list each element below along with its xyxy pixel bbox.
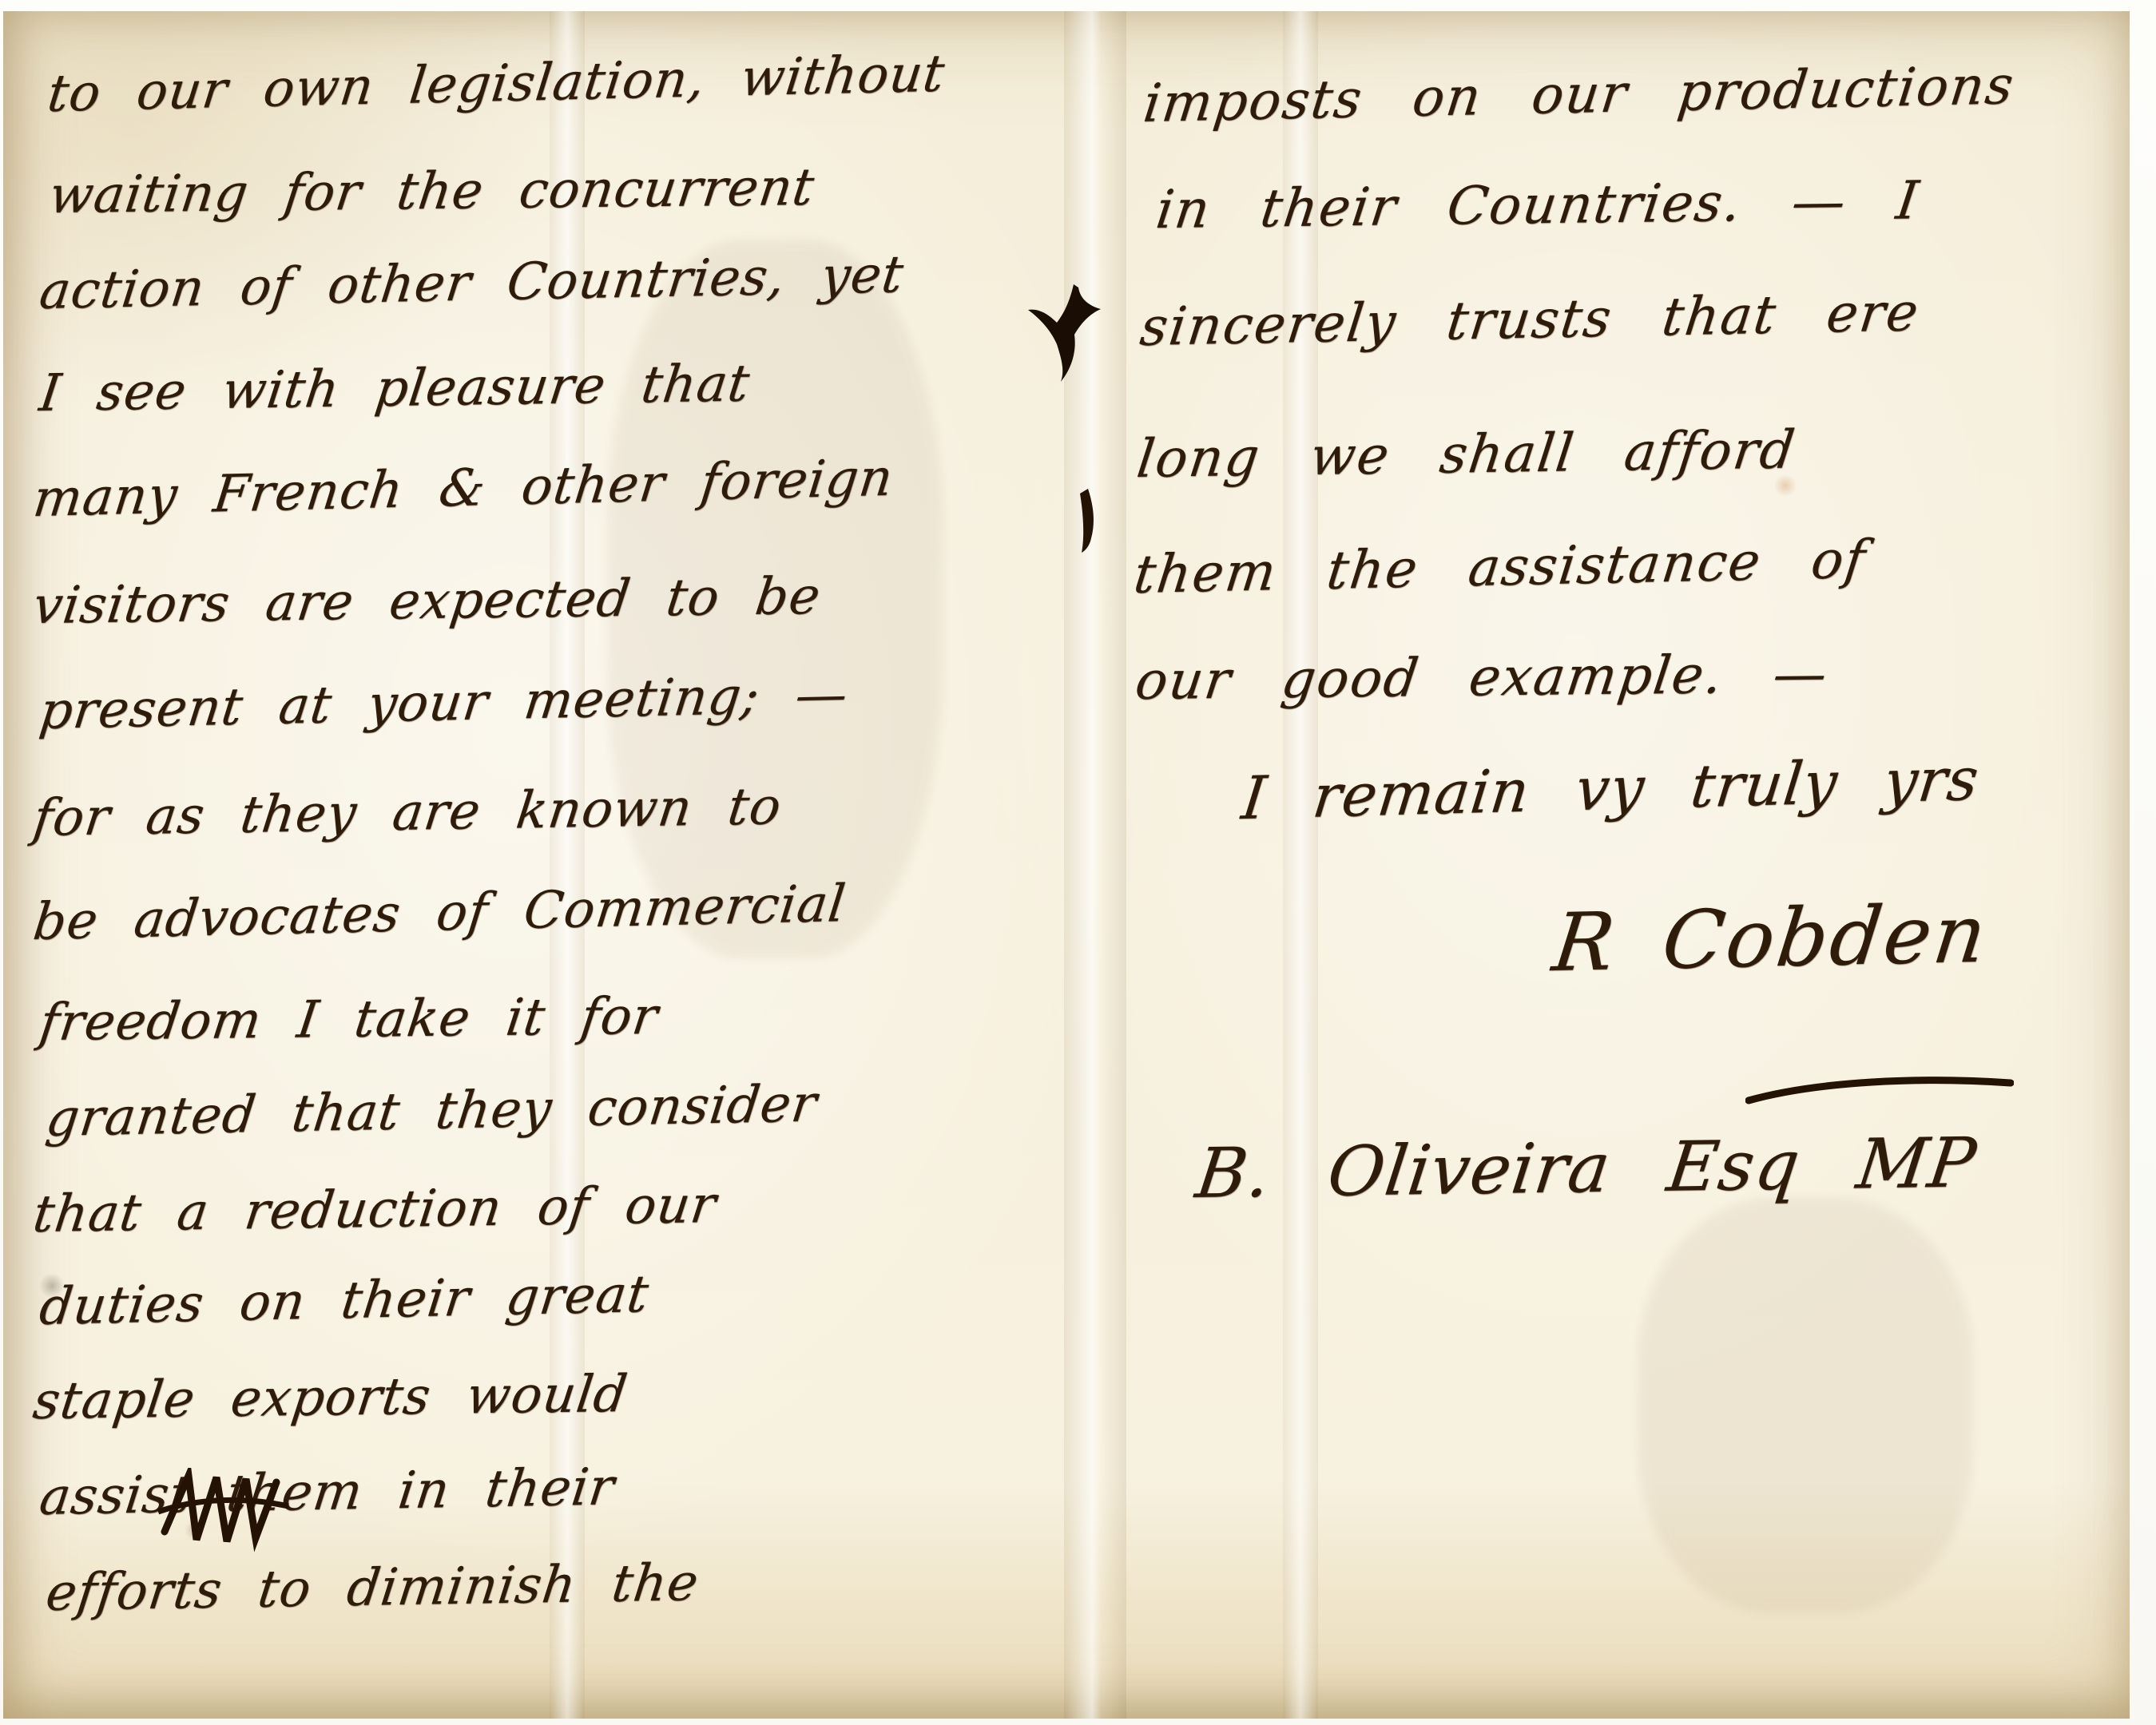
ink-scribble-correction <box>157 1468 292 1556</box>
manuscript-line: in their Countries. — I <box>1153 172 1924 237</box>
manuscript-line: assist them in their <box>37 1461 617 1525</box>
manuscript-line: for as they are known to <box>30 780 784 846</box>
ink-smear <box>1080 489 1101 553</box>
ink-blot <box>1024 281 1107 385</box>
manuscript-line: sincerely trusts that ere <box>1138 284 1923 355</box>
manuscript-line: waiting for the concurrent <box>46 161 818 223</box>
manuscript-line: visitors are expected to be <box>30 570 824 633</box>
manuscript-line: freedom I take it for <box>37 990 661 1050</box>
manuscript-line: that a reduction of our <box>30 1179 720 1242</box>
manuscript-line: duties on their great <box>37 1268 652 1334</box>
signature: R Cobden <box>1549 891 1993 985</box>
manuscript-line: long we shall afford <box>1134 422 1799 486</box>
signature-flourish <box>1745 1070 2014 1105</box>
manuscript-line: them the assistance of <box>1131 532 1869 603</box>
manuscript-line: I see with pleasure that <box>37 358 753 422</box>
addressee-line: B. Oliveira Esq MP <box>1192 1127 1980 1210</box>
letter-scan: to our own legislation, without waiting … <box>0 0 2156 1725</box>
manuscript-line: staple exports would <box>30 1368 631 1429</box>
manuscript-line: our good example. — <box>1132 646 1831 708</box>
manuscript-line: efforts to diminish the <box>43 1556 702 1620</box>
